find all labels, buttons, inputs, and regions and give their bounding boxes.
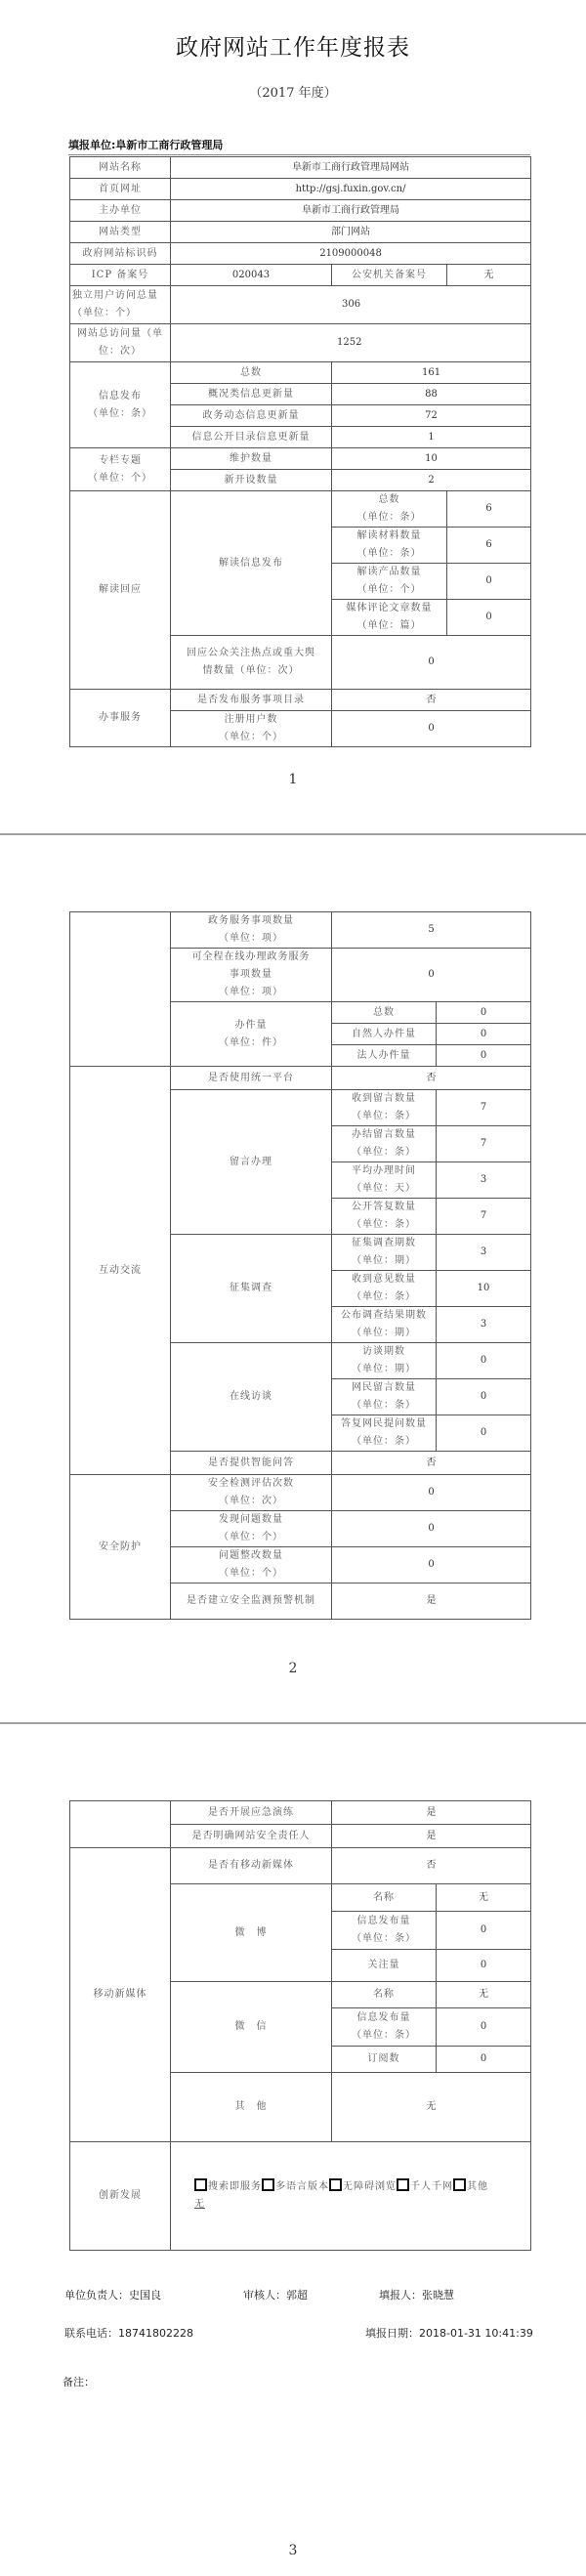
message-row-label: 收到留言数量（单位：条） bbox=[332, 1090, 437, 1126]
interpret-row-label: 媒体评论文章数量（单位：篇） bbox=[332, 600, 447, 636]
survey-row-value: 3 bbox=[437, 1235, 531, 1271]
contact-phone: 联系电话：18741802228 bbox=[64, 2325, 193, 2341]
site-name-value: 阜新市工商行政管理局网站 bbox=[171, 157, 531, 179]
message-row-value: 3 bbox=[437, 1162, 531, 1199]
security-row-label: 安全检测评估次数（单位：次） bbox=[171, 1475, 332, 1511]
column-row-value: 10 bbox=[332, 448, 531, 470]
online-label: 可全程在线办理政务服务事项数量（单位：项） bbox=[171, 949, 332, 1002]
info-row-value: 72 bbox=[332, 405, 531, 427]
items-label: 政务服务事项数量（单位：项） bbox=[171, 912, 332, 949]
users-value: 0 bbox=[332, 711, 531, 747]
sponsor-label: 主办单位 bbox=[70, 200, 171, 222]
security-cont-value: 是 bbox=[332, 1801, 531, 1825]
online-value: 0 bbox=[332, 949, 531, 1002]
message-row-value: 7 bbox=[437, 1199, 531, 1235]
interview-row-value: 0 bbox=[437, 1343, 531, 1379]
page-number: 1 bbox=[0, 772, 586, 787]
security-row-label: 发现问题数量（单位：个） bbox=[171, 1511, 332, 1547]
innovation-options: 搜索即服务多语言版本无障碍浏览千人千网其他 无 bbox=[171, 2142, 531, 2251]
info-row-value: 88 bbox=[332, 384, 531, 405]
info-row-label: 总数 bbox=[171, 362, 332, 384]
interview-label: 在线访谈 bbox=[171, 1343, 332, 1452]
interpret-row-value: 6 bbox=[447, 491, 531, 528]
checkbox-icon[interactable] bbox=[397, 2178, 409, 2191]
wechat-row-value: 0 bbox=[437, 2008, 531, 2047]
media-has-value: 否 bbox=[332, 1848, 531, 1884]
weibo-row-label: 名称 bbox=[332, 1884, 437, 1912]
wechat-row-value: 0 bbox=[437, 2047, 531, 2073]
cases-row-value: 0 bbox=[437, 1045, 531, 1067]
report-year: （2017 年度） bbox=[0, 82, 586, 101]
message-row-value: 7 bbox=[437, 1126, 531, 1162]
code-label: 政府网站标识码 bbox=[70, 243, 171, 265]
security-row-value: 0 bbox=[332, 1511, 531, 1547]
interaction-label: 互动交流 bbox=[70, 1067, 171, 1475]
wechat-row-label: 订阅数 bbox=[332, 2047, 437, 2073]
icp-value: 020043 bbox=[171, 265, 332, 286]
survey-row-label: 公布调查结果期数（单位：期） bbox=[332, 1307, 437, 1343]
platform-value: 否 bbox=[332, 1067, 531, 1090]
info-row-value: 1 bbox=[332, 427, 531, 448]
interpret-row-value: 0 bbox=[447, 600, 531, 636]
type-value: 部门网站 bbox=[171, 222, 531, 243]
column-row-label: 新开设数量 bbox=[171, 470, 332, 491]
security-row-label: 问题整改数量（单位：个） bbox=[171, 1547, 332, 1584]
info-row-label: 政务动态信息更新量 bbox=[171, 405, 332, 427]
type-label: 网站类型 bbox=[70, 222, 171, 243]
pv-label: 网站总访问量（单位：次） bbox=[70, 324, 171, 362]
wechat-row-value: 无 bbox=[437, 1982, 531, 2008]
info-row-value: 161 bbox=[332, 362, 531, 384]
code-value: 2109000048 bbox=[171, 243, 531, 265]
report-table-page-3: 是否开展应急演练是 是否明确网站安全责任人是 移动新媒体是否有移动新媒体否 微 … bbox=[69, 1800, 531, 2251]
checkbox-icon[interactable] bbox=[194, 2178, 207, 2191]
interview-row-label: 网民留言数量（单位：条） bbox=[332, 1379, 437, 1415]
column-row-label: 维护数量 bbox=[171, 448, 332, 470]
other-label: 其 他 bbox=[171, 2073, 332, 2142]
wechat-row-label: 信息发布量（单位：条） bbox=[332, 2008, 437, 2047]
qa-value: 否 bbox=[332, 1452, 531, 1475]
cases-row-value: 0 bbox=[437, 1024, 531, 1045]
innovation-other-text: 无 bbox=[194, 2199, 205, 2210]
interpret-row-label: 解读材料数量（单位：条） bbox=[332, 528, 447, 564]
security-cont-label: 是否开展应急演练 bbox=[171, 1801, 332, 1825]
weibo-row-value: 0 bbox=[437, 1950, 531, 1982]
wechat-row-label: 名称 bbox=[332, 1982, 437, 2008]
uv-label: 独立用户访问总量（单位：个） bbox=[70, 286, 171, 324]
hot-label: 回应公众关注热点或重大舆情数量（单位：次） bbox=[171, 636, 332, 690]
security-row-value: 是 bbox=[332, 1584, 531, 1620]
innovation-option[interactable]: 无障碍浏览 bbox=[329, 2181, 397, 2192]
report-table-page-2: 政务服务事项数量（单位：项）5 可全程在线办理政务服务事项数量（单位：项）0 办… bbox=[69, 911, 531, 1620]
info-label: 信息发布（单位：条） bbox=[70, 362, 171, 448]
media-has-label: 是否有移动新媒体 bbox=[171, 1848, 332, 1884]
service-label: 办事服务 bbox=[70, 690, 171, 747]
media-label: 移动新媒体 bbox=[70, 1848, 171, 2142]
innovation-option[interactable]: 其他 bbox=[453, 2181, 488, 2192]
users-label: 注册用户数（单位：个） bbox=[171, 711, 332, 747]
checkbox-icon[interactable] bbox=[329, 2178, 342, 2191]
cases-label: 办件量（单位：件） bbox=[171, 1002, 332, 1067]
qa-label: 是否提供智能问答 bbox=[171, 1452, 332, 1475]
fill-unit: 填报单位:阜新市工商行政管理局 bbox=[68, 137, 223, 152]
remark: 备注： bbox=[63, 2374, 95, 2389]
pv-value: 1252 bbox=[171, 324, 531, 362]
report-table-page-1: 网站名称阜新市工商行政管理局网站 首页网址http://gsj.fuxin.go… bbox=[69, 156, 531, 747]
page-number: 3 bbox=[0, 2543, 586, 2558]
interview-row-value: 0 bbox=[437, 1415, 531, 1452]
interpret-row-label: 解读产品数量（单位：个） bbox=[332, 564, 447, 600]
innovation-option[interactable]: 搜索即服务 bbox=[194, 2181, 262, 2192]
cases-row-value: 0 bbox=[437, 1002, 531, 1024]
security-row-label: 是否建立安全监测预警机制 bbox=[171, 1584, 332, 1620]
innovation-option[interactable]: 千人千网 bbox=[397, 2181, 453, 2192]
hot-value: 0 bbox=[332, 636, 531, 690]
security-row-value: 0 bbox=[332, 1547, 531, 1584]
security-cont-value: 是 bbox=[332, 1825, 531, 1848]
reviewer: 审核人：郭超 bbox=[243, 2287, 308, 2302]
security-label: 安全防护 bbox=[70, 1475, 171, 1620]
page-number: 2 bbox=[0, 1661, 586, 1676]
url-value: http://gsj.fuxin.gov.cn/ bbox=[171, 179, 531, 200]
interpret-label: 解读回应 bbox=[70, 491, 171, 690]
fill-date: 填报日期：2018-01-31 10:41:39 bbox=[365, 2325, 533, 2341]
sponsor-value: 阜新市工商行政管理局 bbox=[171, 200, 531, 222]
divider bbox=[68, 154, 530, 155]
cases-row-label: 自然人办件量 bbox=[332, 1024, 437, 1045]
checkbox-icon[interactable] bbox=[262, 2178, 274, 2191]
message-row-label: 公开答复数量（单位：条） bbox=[332, 1199, 437, 1235]
security-row-value: 0 bbox=[332, 1475, 531, 1511]
column-label: 专栏专题（单位：个） bbox=[70, 448, 171, 491]
page-title: 政府网站工作年度报表 bbox=[0, 29, 586, 62]
survey-row-value: 10 bbox=[437, 1271, 531, 1307]
survey-row-value: 3 bbox=[437, 1307, 531, 1343]
weibo-label: 微 博 bbox=[171, 1884, 332, 1982]
filler: 填报人：张晓慧 bbox=[379, 2287, 454, 2302]
interpret-row-value: 0 bbox=[447, 564, 531, 600]
message-row-label: 平均办理时间（单位：天） bbox=[332, 1162, 437, 1199]
other-value: 无 bbox=[332, 2073, 531, 2142]
interpret-sub-label: 解读信息发布 bbox=[171, 491, 332, 636]
service-label-cont bbox=[70, 912, 171, 1067]
police-label: 公安机关备案号 bbox=[332, 265, 447, 286]
message-label: 留言办理 bbox=[171, 1090, 332, 1235]
message-row-value: 7 bbox=[437, 1090, 531, 1126]
info-row-label: 信息公开目录信息更新量 bbox=[171, 427, 332, 448]
interview-row-value: 0 bbox=[437, 1379, 531, 1415]
innovation-option[interactable]: 多语言版本 bbox=[262, 2181, 329, 2192]
interpret-row-value: 6 bbox=[447, 528, 531, 564]
weibo-row-label: 信息发布量（单位：条） bbox=[332, 1912, 437, 1950]
interpret-row-label: 总数（单位：条） bbox=[332, 491, 447, 528]
weibo-row-value: 0 bbox=[437, 1912, 531, 1950]
survey-label: 征集调查 bbox=[171, 1235, 332, 1343]
checkbox-icon[interactable] bbox=[453, 2178, 466, 2191]
security-cont-label: 是否明确网站安全责任人 bbox=[171, 1825, 332, 1848]
info-row-label: 概况类信息更新量 bbox=[171, 384, 332, 405]
security-label-cont bbox=[70, 1801, 171, 1848]
icp-label: ICP 备案号 bbox=[70, 265, 171, 286]
page-separator bbox=[0, 1722, 586, 1724]
site-name-label: 网站名称 bbox=[70, 157, 171, 179]
cases-row-label: 法人办件量 bbox=[332, 1045, 437, 1067]
url-label: 首页网址 bbox=[70, 179, 171, 200]
page-separator bbox=[0, 833, 586, 835]
unit-leader: 单位负责人：史国良 bbox=[64, 2287, 161, 2302]
interview-row-label: 答复网民提问数量（单位：条） bbox=[332, 1415, 437, 1452]
interview-row-label: 访谈期数（单位：期） bbox=[332, 1343, 437, 1379]
police-value: 无 bbox=[447, 265, 531, 286]
innovation-label: 创新发展 bbox=[70, 2142, 171, 2251]
survey-row-label: 收到意见数量（单位：条） bbox=[332, 1271, 437, 1307]
wechat-label: 微 信 bbox=[171, 1982, 332, 2073]
weibo-row-value: 无 bbox=[437, 1884, 531, 1912]
cases-row-label: 总数 bbox=[332, 1002, 437, 1024]
catalog-value: 否 bbox=[332, 690, 531, 711]
uv-value: 306 bbox=[171, 286, 531, 324]
message-row-label: 办结留言数量（单位：条） bbox=[332, 1126, 437, 1162]
survey-row-label: 征集调查期数（单位：期） bbox=[332, 1235, 437, 1271]
weibo-row-label: 关注量 bbox=[332, 1950, 437, 1982]
platform-label: 是否使用统一平台 bbox=[171, 1067, 332, 1090]
catalog-label: 是否发布服务事项目录 bbox=[171, 690, 332, 711]
items-value: 5 bbox=[332, 912, 531, 949]
column-row-value: 2 bbox=[332, 470, 531, 491]
